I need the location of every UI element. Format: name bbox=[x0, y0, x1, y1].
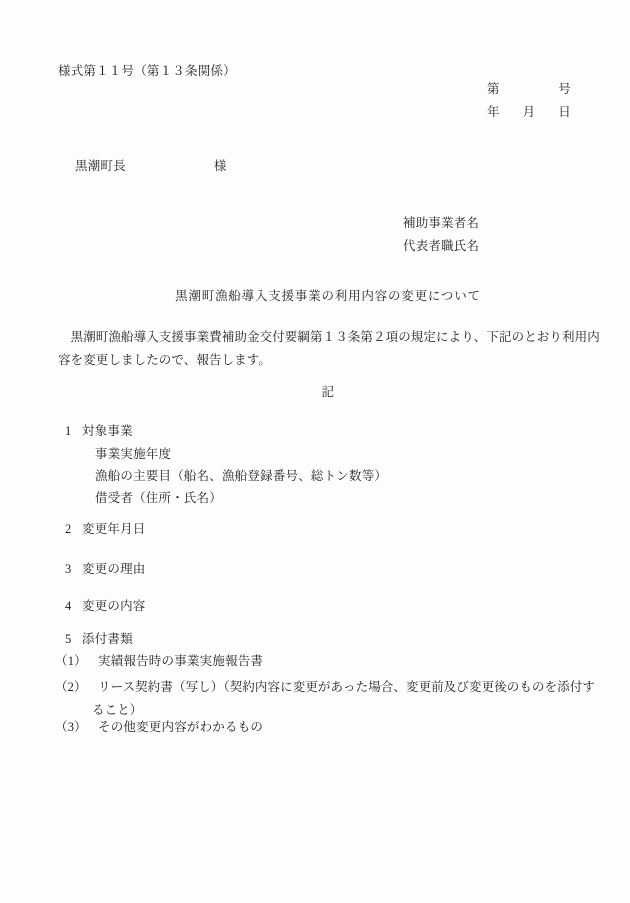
doc-number-prefix: 第 bbox=[487, 82, 500, 96]
item-4-label: 変更の内容 bbox=[82, 599, 146, 613]
date-day-label: 日 bbox=[558, 105, 571, 119]
item-3: 3変更の理由 bbox=[65, 562, 146, 576]
attachment-1: （1）実績報告時の事業実施報告書 bbox=[55, 654, 263, 668]
document-page: 様式第１１号（第１３条関係） 第 号 年 月 日 黒潮町長様 補助事業者名 代表… bbox=[0, 0, 630, 903]
item-5: 5添付書類 bbox=[65, 632, 133, 646]
item-1-sub-1: 事業実施年度 bbox=[95, 447, 171, 461]
attachment-3-text: その他変更内容がわかるもの bbox=[98, 720, 263, 734]
item-2: 2変更年月日 bbox=[65, 522, 146, 536]
addressee-line: 黒潮町長様 bbox=[75, 159, 227, 173]
attachment-2-text: リース契約書（写し）（契約内容に変更があった場合、変更前及び変更後のものを添付す… bbox=[92, 680, 595, 717]
attachment-2: （2）リース契約書（写し）（契約内容に変更があった場合、変更前及び変更後のものを… bbox=[55, 676, 600, 721]
addressee-name: 黒潮町長 bbox=[75, 159, 126, 173]
attachment-1-number: （1） bbox=[55, 654, 98, 668]
item-1: 1対象事業 bbox=[65, 424, 133, 438]
item-1-label: 対象事業 bbox=[82, 424, 133, 438]
item-3-number: 3 bbox=[65, 562, 82, 576]
item-2-label: 変更年月日 bbox=[82, 522, 146, 536]
item-2-number: 2 bbox=[65, 522, 82, 536]
attachment-2-number: （2） bbox=[55, 676, 98, 699]
attachment-1-text: 実績報告時の事業実施報告書 bbox=[98, 654, 263, 668]
attachment-3-number: （3） bbox=[55, 720, 98, 734]
date-line: 年 月 日 bbox=[487, 105, 571, 119]
item-5-number: 5 bbox=[65, 632, 82, 646]
item-3-label: 変更の理由 bbox=[82, 562, 146, 576]
document-title: 黒潮町漁船導入支援事業の利用内容の変更について bbox=[58, 289, 598, 303]
item-1-sub-3: 借受者（住所・氏名） bbox=[95, 491, 222, 505]
item-4-number: 4 bbox=[65, 599, 82, 613]
doc-number-suffix: 号 bbox=[558, 82, 571, 96]
item-1-sub-2: 漁船の主要目（船名、漁船登録番号、総トン数等） bbox=[95, 469, 387, 483]
attachment-3: （3）その他変更内容がわかるもの bbox=[55, 720, 263, 734]
addressee-honorific: 様 bbox=[214, 159, 227, 173]
applicant-business-name-label: 補助事業者名 bbox=[403, 216, 479, 230]
item-4: 4変更の内容 bbox=[65, 599, 146, 613]
date-year-label: 年 bbox=[487, 105, 500, 119]
item-1-number: 1 bbox=[65, 424, 82, 438]
applicant-representative-label: 代表者職氏名 bbox=[403, 239, 479, 253]
body-paragraph: 黒潮町漁船導入支援事業費補助金交付要綱第１３条第２項の規定により、下記のとおり利… bbox=[58, 326, 603, 371]
date-month-label: 月 bbox=[523, 105, 536, 119]
record-marker: 記 bbox=[58, 385, 598, 399]
document-number-line: 第 号 bbox=[487, 82, 571, 96]
item-5-label: 添付書類 bbox=[82, 632, 133, 646]
form-number: 様式第１１号（第１３条関係） bbox=[58, 64, 236, 78]
